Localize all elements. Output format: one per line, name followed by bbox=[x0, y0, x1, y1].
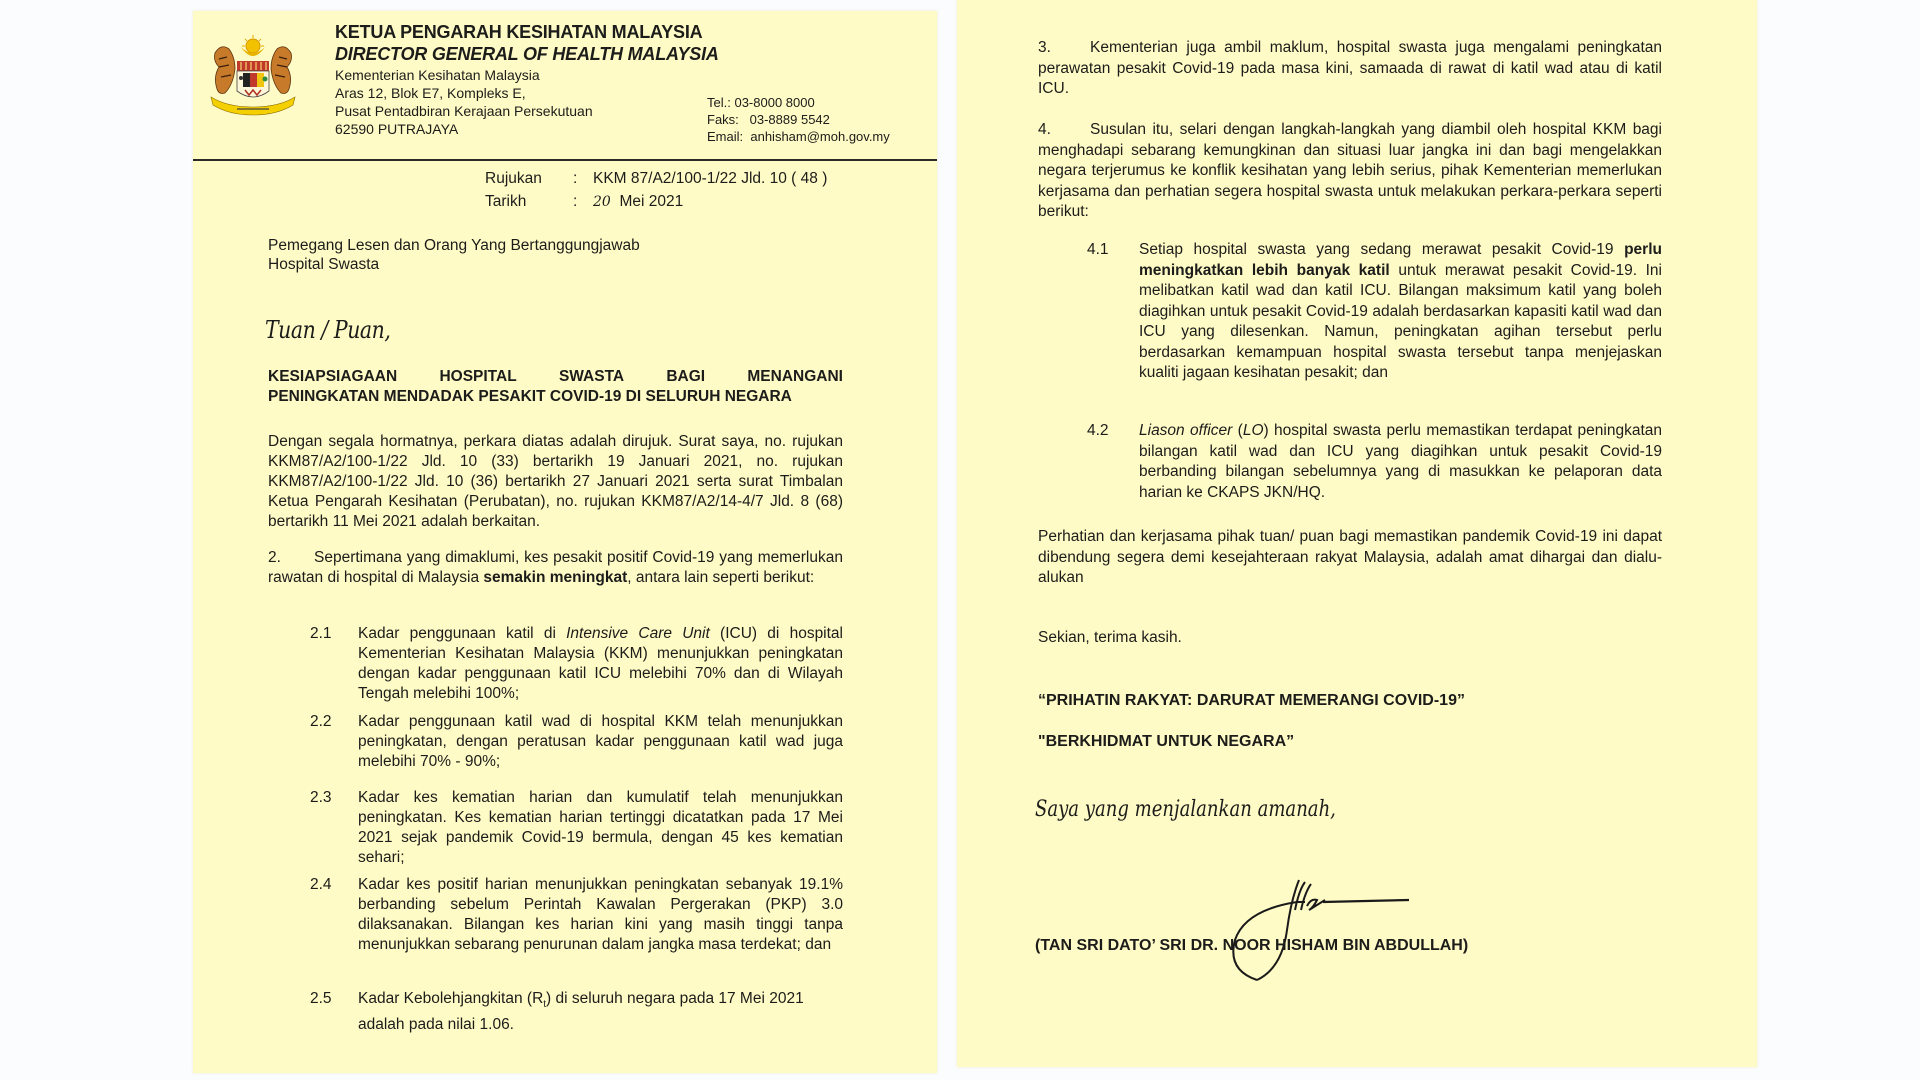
subject-word: KESIAPSIAGAAN bbox=[268, 367, 397, 387]
signature-icon bbox=[1187, 870, 1427, 990]
list-item-2-2: 2.2 Kadar penggunaan katil wad di hospit… bbox=[310, 712, 843, 772]
item-text: Kadar kes positif harian menunjukkan pen… bbox=[358, 875, 843, 955]
subject-line-1: KESIAPSIAGAAN HOSPITAL SWASTA BAGI MENAN… bbox=[268, 367, 843, 387]
motto-berkhidmat: "BERKHIDMAT UNTUK NEGARA” bbox=[1038, 733, 1294, 751]
fax-value: 03-8889 5542 bbox=[750, 112, 830, 127]
addressee-line: Hospital Swasta bbox=[268, 255, 640, 274]
reference-value: KKM 87/A2/100-1/22 Jld. 10 ( 48 ) bbox=[593, 170, 827, 187]
list-item-4-2: 4.2 Liason officer (LO) hospital swasta … bbox=[1087, 421, 1662, 503]
item-number: 2.5 bbox=[310, 989, 358, 1035]
item-text-part: untuk merawat pesakit Covid-19. Ini meli… bbox=[1139, 262, 1662, 382]
contact-fax: Faks: 03-8889 5542 bbox=[707, 111, 890, 128]
subject-heading: KESIAPSIAGAAN HOSPITAL SWASTA BAGI MENAN… bbox=[268, 367, 843, 407]
motto-prihatin: “PRIHATIN RAKYAT: DARURAT MEMERANGI COVI… bbox=[1038, 692, 1465, 710]
item-number: 2.2 bbox=[310, 712, 358, 772]
subject-word: HOSPITAL bbox=[439, 367, 516, 387]
letterhead-title-english: DIRECTOR GENERAL OF HEALTH MALAYSIA bbox=[335, 44, 719, 65]
subject-word: SWASTA bbox=[559, 367, 624, 387]
item-text-part: Kadar penggunaan katil di bbox=[358, 625, 566, 642]
addressee-line: Pemegang Lesen dan Orang Yang Bertanggun… bbox=[268, 236, 640, 255]
address-line: 62590 PUTRAJAYA bbox=[335, 120, 593, 138]
address-line: Aras 12, Blok E7, Kompleks E, bbox=[335, 84, 593, 102]
paragraph-3: 3.Kementerian juga ambil maklum, hospita… bbox=[1038, 38, 1662, 100]
reference-label: Rujukan bbox=[485, 167, 573, 190]
salutation: Tuan / Puan, bbox=[265, 316, 390, 344]
letter-page-2: 3.Kementerian juga ambil maklum, hospita… bbox=[957, 0, 1757, 1067]
paragraph-emphasis: semakin meningkat bbox=[483, 569, 627, 586]
paragraph-text: Kementerian juga ambil maklum, hospital … bbox=[1038, 39, 1662, 97]
subject-word: BAGI bbox=[666, 367, 705, 387]
item-text-part: ( bbox=[1232, 422, 1243, 439]
item-text: Kadar Kebolehjangkitan (Rt) di seluruh n… bbox=[358, 989, 843, 1035]
date-label: Tarikh bbox=[485, 190, 573, 213]
item-text-part: Kadar Kebolehjangkitan (R bbox=[358, 990, 543, 1007]
item-number: 4.1 bbox=[1087, 240, 1139, 384]
paragraph-number: 2. bbox=[268, 548, 314, 568]
item-text-italic: Intensive Care Unit bbox=[566, 625, 710, 642]
fax-label: Faks: bbox=[707, 112, 739, 127]
separator: : bbox=[573, 167, 593, 190]
item-text: Kadar penggunaan katil wad di hospital K… bbox=[358, 712, 843, 772]
item-text: Kadar kes kematian harian dan kumulatif … bbox=[358, 788, 843, 868]
reference-block: Rujukan:KKM 87/A2/100-1/22 Jld. 10 ( 48 … bbox=[485, 167, 827, 214]
item-text-italic: LO bbox=[1243, 422, 1264, 439]
list-item-4-1: 4.1 Setiap hospital swasta yang sedang m… bbox=[1087, 240, 1662, 384]
thanks-line: Sekian, terima kasih. bbox=[1038, 629, 1182, 647]
date-row: Tarikh:20 Mei 2021 bbox=[485, 190, 827, 214]
list-item-2-3: 2.3 Kadar kes kematian harian dan kumula… bbox=[310, 788, 843, 868]
intro-paragraph: Dengan segala hormatnya, perkara diatas … bbox=[268, 432, 843, 532]
letterhead-address: Kementerian Kesihatan Malaysia Aras 12, … bbox=[335, 66, 593, 138]
letter-page-1: KETUA PENGARAH KESIHATAN MALAYSIA DIRECT… bbox=[193, 11, 937, 1073]
paragraph-4: 4.Susulan itu, selari dengan langkah-lan… bbox=[1038, 120, 1662, 223]
item-text: Kadar penggunaan katil di Intensive Care… bbox=[358, 624, 843, 704]
addressee: Pemegang Lesen dan Orang Yang Bertanggun… bbox=[268, 236, 640, 274]
coat-of-arms-icon bbox=[207, 33, 299, 117]
item-number: 2.4 bbox=[310, 875, 358, 955]
item-text: Setiap hospital swasta yang sedang meraw… bbox=[1139, 240, 1662, 384]
item-number: 2.3 bbox=[310, 788, 358, 868]
date-value: Mei 2021 bbox=[619, 193, 683, 210]
subject-line-2: PENINGKATAN MENDADAK PESAKIT COVID-19 DI… bbox=[268, 387, 843, 407]
trust-line: Saya yang menjalankan amanah, bbox=[1035, 797, 1336, 822]
date-day-handwritten: 20 bbox=[593, 194, 611, 210]
item-number: 2.1 bbox=[310, 624, 358, 704]
item-number: 4.2 bbox=[1087, 421, 1139, 503]
letterhead-divider bbox=[193, 159, 937, 161]
paragraph-number: 3. bbox=[1038, 38, 1090, 59]
list-item-2-4: 2.4 Kadar kes positif harian menunjukkan… bbox=[310, 875, 843, 955]
address-line: Kementerian Kesihatan Malaysia bbox=[335, 66, 593, 84]
separator: : bbox=[573, 190, 593, 213]
item-text: Liason officer (LO) hospital swasta perl… bbox=[1139, 421, 1662, 503]
reference-row: Rujukan:KKM 87/A2/100-1/22 Jld. 10 ( 48 … bbox=[485, 167, 827, 190]
tel-label: Tel.: bbox=[707, 95, 731, 110]
item-text-italic: Liason officer bbox=[1139, 422, 1232, 439]
contact-tel: Tel.: 03-8000 8000 bbox=[707, 94, 890, 111]
list-item-2-1: 2.1 Kadar penggunaan katil di Intensive … bbox=[310, 624, 843, 704]
contact-email: Email: anhisham@moh.gov.my bbox=[707, 128, 890, 145]
paragraph-2: 2.Sepertimana yang dimaklumi, kes pesaki… bbox=[268, 548, 843, 588]
paragraph-text: Susulan itu, selari dengan langkah-langk… bbox=[1038, 121, 1662, 220]
list-item-2-5: 2.5 Kadar Kebolehjangkitan (Rt) di selur… bbox=[310, 989, 843, 1035]
letterhead-title: KETUA PENGARAH KESIHATAN MALAYSIA bbox=[335, 22, 702, 43]
closing-paragraph: Perhatian dan kerjasama pihak tuan/ puan… bbox=[1038, 527, 1662, 589]
address-line: Pusat Pentadbiran Kerajaan Persekutuan bbox=[335, 102, 593, 120]
email-value: anhisham@moh.gov.my bbox=[750, 129, 889, 144]
item-text-part: Setiap hospital swasta yang sedang meraw… bbox=[1139, 241, 1624, 258]
paragraph-text: , antara lain seperti berikut: bbox=[627, 569, 814, 586]
tel-value: 03-8000 8000 bbox=[734, 95, 814, 110]
subject-word: MENANGANI bbox=[747, 367, 843, 387]
letterhead-contact: Tel.: 03-8000 8000 Faks: 03-8889 5542 Em… bbox=[707, 94, 890, 145]
email-label: Email: bbox=[707, 129, 743, 144]
paragraph-number: 4. bbox=[1038, 120, 1090, 141]
